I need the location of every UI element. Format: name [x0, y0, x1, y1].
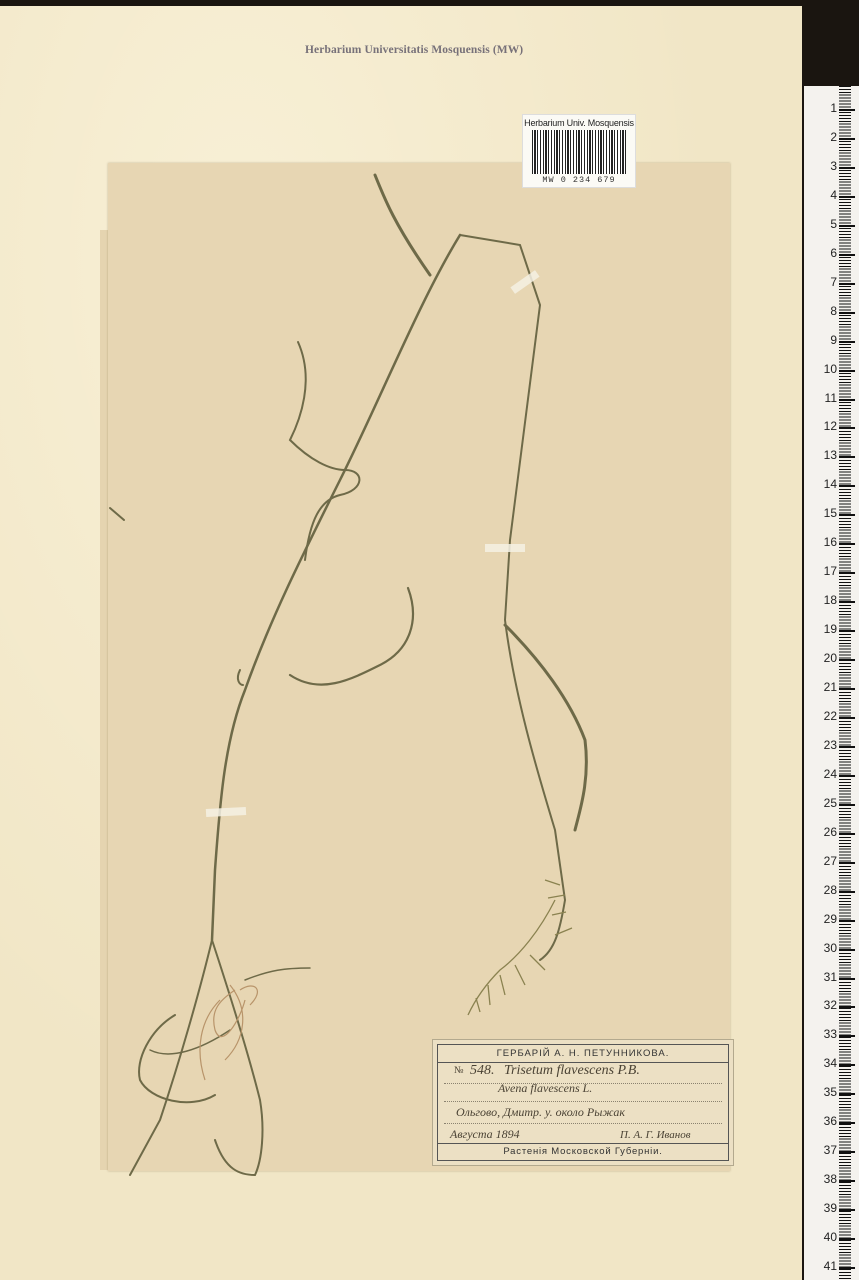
ruler-major-tick [839, 949, 855, 951]
ruler-label: 26 [824, 825, 837, 839]
ruler-major-tick [839, 138, 855, 140]
ruler-label: 17 [824, 564, 837, 578]
ruler-major-tick [839, 341, 855, 343]
label-divider [438, 1143, 728, 1144]
label-number: 548. [470, 1063, 495, 1079]
ruler-label: 15 [824, 506, 837, 520]
ruler-label: 9 [830, 333, 837, 347]
ruler-major-tick [839, 456, 855, 458]
ruler-label: 25 [824, 796, 837, 810]
ruler-label: 30 [824, 941, 837, 955]
label-synonym: Avena flavescens L. [498, 1081, 592, 1096]
ruler-label: 33 [824, 1027, 837, 1041]
ruler-major-tick [839, 312, 855, 314]
ruler-major-tick [839, 399, 855, 401]
ruler-label: 3 [830, 159, 837, 173]
ruler-label: 24 [824, 767, 837, 781]
label-header: ГЕРБАРІЙ А. Н. ПЕТУННИКОВА. [438, 1048, 728, 1059]
ruler-major-tick [839, 717, 855, 719]
ruler-major-tick [839, 920, 855, 922]
ruler-label: 36 [824, 1114, 837, 1128]
ruler-label: 1 [830, 101, 837, 115]
collection-label: ГЕРБАРІЙ А. Н. ПЕТУННИКОВА. № 548. Trise… [432, 1039, 734, 1166]
ruler-major-tick [839, 1122, 855, 1124]
ruler-label: 40 [824, 1230, 837, 1244]
ruler-major-tick [839, 1035, 855, 1037]
ruler-major-tick [839, 1209, 855, 1211]
ruler-major-tick [839, 572, 855, 574]
ruler-label: 35 [824, 1085, 837, 1099]
ruler-major-tick [839, 514, 855, 516]
label-taxon: Trisetum flavescens P.B. [504, 1063, 640, 1079]
ruler-major-tick [839, 891, 855, 893]
ruler-major-tick [839, 630, 855, 632]
ruler-label: 38 [824, 1172, 837, 1186]
ruler-major-tick [839, 254, 855, 256]
ruler-major-tick [839, 775, 855, 777]
ruler-label: 5 [830, 217, 837, 231]
label-line [444, 1101, 722, 1102]
ruler-major-tick [839, 804, 855, 806]
label-collector: П. А. Г. Иванов [620, 1129, 690, 1141]
ruler-major-tick [839, 109, 855, 111]
ruler-label: 4 [830, 188, 837, 202]
ruler-label: 41 [824, 1259, 837, 1273]
ruler-label: 14 [824, 477, 837, 491]
ruler-major-tick [839, 485, 855, 487]
ruler-major-tick [839, 427, 855, 429]
ruler-label: 18 [824, 593, 837, 607]
ruler-major-tick [839, 1151, 855, 1153]
label-locality: Ольгово, Дмитр. у. около Рыжак [456, 1105, 625, 1120]
ruler-label: 22 [824, 709, 837, 723]
cm-scale-ruler: 1234567891011121314151617181920212223242… [804, 86, 859, 1280]
ruler-label: 29 [824, 912, 837, 926]
ruler-major-tick [839, 196, 855, 198]
ruler-major-tick [839, 978, 855, 980]
ruler-major-tick [839, 1238, 855, 1240]
ruler-major-tick [839, 283, 855, 285]
ruler-major-tick [839, 833, 855, 835]
ruler-label: 10 [824, 362, 837, 376]
ruler-major-tick [839, 167, 855, 169]
ruler-major-tick [839, 1267, 855, 1269]
ruler-label: 7 [830, 275, 837, 289]
ruler-major-tick [839, 659, 855, 661]
ruler-label: 12 [824, 419, 837, 433]
ruler-major-tick [839, 370, 855, 372]
ruler-label: 20 [824, 651, 837, 665]
ruler-label: 8 [830, 304, 837, 318]
ruler-label: 32 [824, 998, 837, 1012]
ruler-major-tick [839, 1093, 855, 1095]
ruler-label: 16 [824, 535, 837, 549]
label-footer: Растенія Московской Губерніи. [438, 1146, 728, 1157]
ruler-major-tick [839, 688, 855, 690]
ruler-label: 6 [830, 246, 837, 260]
ruler-label: 28 [824, 883, 837, 897]
ruler-major-tick [839, 225, 855, 227]
ruler-label: 19 [824, 622, 837, 636]
ruler-major-tick [839, 1180, 855, 1182]
ruler-major-tick [839, 862, 855, 864]
label-date: Августа 1894 [450, 1127, 520, 1142]
ruler-major-tick [839, 543, 855, 545]
ruler-major-tick [839, 746, 855, 748]
ruler-label: 23 [824, 738, 837, 752]
ruler-label: 27 [824, 854, 837, 868]
label-frame: ГЕРБАРІЙ А. Н. ПЕТУННИКОВА. № 548. Trise… [437, 1044, 729, 1161]
ruler-label: 11 [825, 391, 837, 405]
ruler-label: 21 [824, 680, 837, 694]
ruler-label: 37 [824, 1143, 837, 1157]
ruler-major-tick [839, 1006, 855, 1008]
label-line [444, 1123, 722, 1124]
ruler-ticks [839, 86, 851, 1280]
ruler-major-tick [839, 1064, 855, 1066]
ruler-label: 31 [824, 970, 837, 984]
label-number-prefix: № [454, 1065, 464, 1076]
ruler-major-tick [839, 601, 855, 603]
ruler-label: 2 [830, 130, 837, 144]
ruler-label: 13 [824, 448, 837, 462]
ruler-label: 39 [824, 1201, 837, 1215]
ruler-label: 34 [824, 1056, 837, 1070]
